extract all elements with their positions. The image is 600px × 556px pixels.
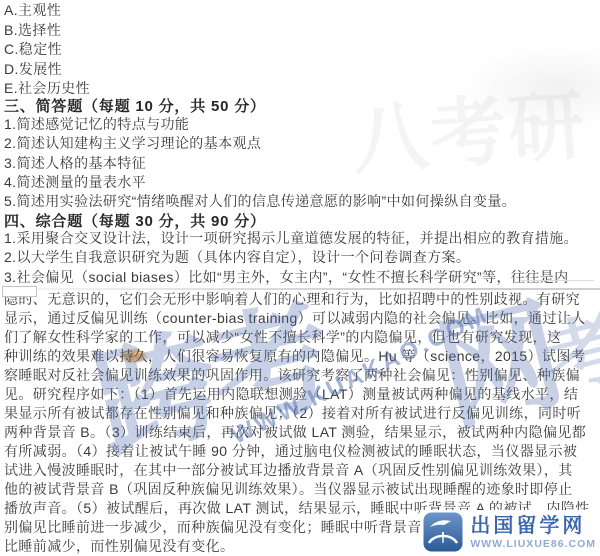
short-answer-question-list: 1.简述感觉记忆的特点与功能2.简述认知建构主义学习理论的基本观点3.简述人格的… [4, 115, 516, 211]
liuxue86-site-name: 出国留学网 [470, 514, 585, 538]
text-line: 5.简述用实验法研究“情绪唤醒对人们的信息传递意愿的影响”中如何操纵自变量。 [4, 192, 516, 211]
text-line: 2.简述认知建构主义学习理论的基本观点 [4, 134, 516, 153]
text-line: 们了解女性科学家的工作，可以减少“女性不擅长科学”的内隐偏见，但也有研究发现，这 [4, 328, 590, 347]
text-line: 试进入慢波睡眠时，在其中一部分被试耳边播放背景音 A（巩固反性别偏见训练效果），… [4, 461, 590, 480]
page-break-line-secondary [520, 280, 594, 281]
paragraph-lines-top: 隐的、无意识的，它们会无形中影响着人们的心理和行为，比如招聘中的性别歧视。有研究… [4, 290, 590, 347]
text-line: 1.采用聚合交叉设计法，设计一项研究揭示儿童道德发展的特征，并提出相应的教育措施… [4, 229, 578, 248]
page-break-line [38, 288, 600, 290]
text-line: 他的被试背景音 B（巩固反种族偏见训练效果）。当仪器显示被试出现睡醒的迹象时即停… [4, 480, 590, 499]
liuxue86-logo-text-group: 出国留学网 WWW.LIUXUE86.COM [470, 514, 596, 551]
line-segment-post: ，人们很容易恢复原有的内隐偏见。Hu 等（science，2015）试图考 [148, 348, 585, 364]
text-line: A.主观性 [4, 1, 90, 21]
text-line: 见。研究程序如下：（1）首先运用内隐联想测验（LAT）测量被试两种偏见的基线水平… [4, 385, 590, 404]
line-segment-pre: 种训练的效果难以 [4, 348, 119, 364]
text-line: 3.社会偏见（social biases）比如“男主外，女主内”，“女性不擅长科… [4, 268, 578, 287]
scan-shadow-artifact [460, 45, 600, 130]
text-line: B.选择性 [4, 21, 90, 41]
text-line: 隐的、无意识的，它们会无形中影响着人们的心理和行为，比如招聘中的性别歧视。有研究 [4, 290, 590, 309]
page-break-box-marker [2, 286, 37, 297]
text-line: 察睡眠对反社会偏见训练效果的巩固作用。该研究考察了两种社会偏见：性别偏见、种族偏 [4, 366, 590, 385]
text-line: D.发展性 [4, 60, 90, 80]
section-heading-short-answer: 三、简答题（每题 10 分，共 50 分） [4, 95, 266, 116]
liuxue86-site-url: WWW.LIUXUE86.COM [470, 538, 596, 551]
text-line: 4.简述测量的量表水平 [4, 173, 516, 192]
text-line: 3.简述人格的基本特征 [4, 154, 516, 173]
section-heading-comprehensive: 四、综合题（每题 30 分，共 90 分） [4, 210, 266, 231]
text-line: 果显示所有被试都存在性别偏见和种族偏见；（2）接着对所有被试进行反偏见训练，同时… [4, 404, 590, 423]
liuxue86-logo: 出国留学网 WWW.LIUXUE86.COM [420, 510, 599, 555]
text-line: 显示，通过反偏见训练（counter-bias training）可以减弱内隐的… [4, 309, 590, 328]
scanned-exam-document: 八考研 A.主观性B.选择性C.稳定性D.发展性E.社会历史性 三、简答题（每题… [0, 0, 600, 556]
orange-highlight-dot: 持久 [119, 348, 148, 364]
text-line: 2.以大学生自我意识研究为题（具体内容自定），设计一个问卷调查方案。 [4, 248, 578, 267]
text-line: 1.简述感觉记忆的特点与功能 [4, 115, 516, 134]
text-line: 两种背景音 B。（3）训练结束后，再次对被试做 LAT 测验，结果显示，被试两种… [4, 423, 590, 442]
comprehensive-question-list: 1.采用聚合交叉设计法，设计一项研究揭示儿童道德发展的特征，并提出相应的教育措施… [4, 229, 578, 287]
text-line: C.稳定性 [4, 40, 90, 60]
text-line: 有所减弱。（4）接着让被试午睡 90 分钟，通过脑电仪检测被试的睡眠状态，当仪器… [4, 442, 590, 461]
option-list: A.主观性B.选择性C.稳定性D.发展性E.社会历史性 [4, 1, 90, 99]
highlighted-text-line: 种训练的效果难以持久，人们很容易恢复原有的内隐偏见。Hu 等（science，2… [4, 347, 590, 366]
liuxue86-logo-icon [423, 512, 463, 552]
